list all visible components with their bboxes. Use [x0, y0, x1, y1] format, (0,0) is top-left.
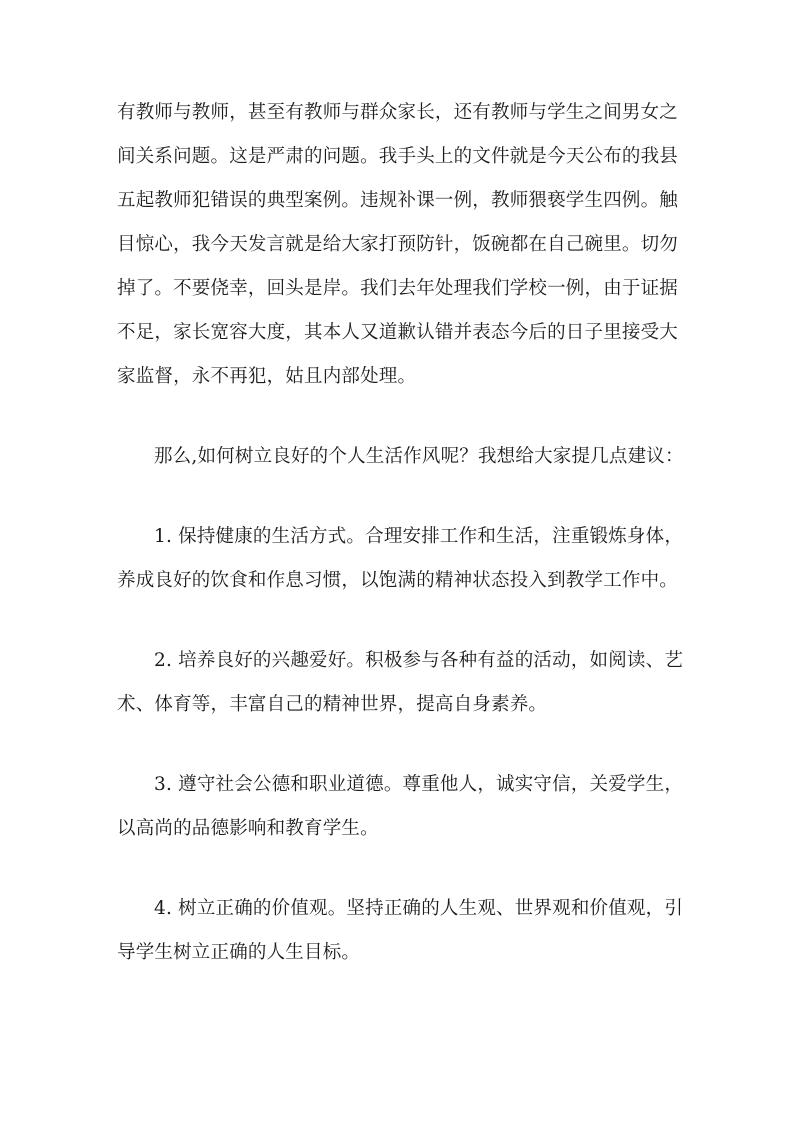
text-line: 五起教师犯错误的典型案例。违规补课一例，教师猥亵学生四例。触: [117, 189, 678, 213]
text-line: 不足，家长宽容大度，其本人又道歉认错并表态今后的日子里接受大: [117, 321, 678, 345]
text-line: 以高尚的品德影响和教育学生。: [117, 817, 379, 841]
text-line: 掉了。不要侥幸，回头是岸。我们去年处理我们学校一例，由于证据: [117, 277, 678, 301]
text-line: 术、体育等，丰富自己的精神世界，提高自身素养。: [117, 693, 547, 717]
text-line: 目惊心，我今天发言就是给大家打预防针，饭碗都在自己碗里。切勿: [117, 233, 678, 257]
text-line: 导学生树立正确的人生目标。: [117, 941, 360, 965]
text-line: 间关系问题。这是严肃的问题。我手头上的文件就是今天公布的我县: [117, 145, 678, 169]
text-line: 1. 保持健康的生活方式。合理安排工作和生活，注重锻炼身体，: [154, 525, 683, 549]
text-line: 有教师与教师，甚至有教师与群众家长，还有教师与学生之间男女之: [117, 101, 678, 125]
text-line: 养成良好的饮食和作息习惯，以饱满的精神状态投入到教学工作中。: [117, 569, 678, 593]
text-line: 那么,如何树立良好的个人生活作风呢？我想给大家提几点建议：: [154, 445, 684, 469]
text-line: 家监督，永不再犯，姑且内部处理。: [117, 365, 416, 389]
text-line: 2. 培养良好的兴趣爱好。积极参与各种有益的活动，如阅读、艺: [154, 649, 683, 673]
text-line: 4. 树立正确的价值观。坚持正确的人生观、世界观和价值观，引: [154, 897, 683, 921]
text-line: 3. 遵守社会公德和职业道德。尊重他人，诚实守信，关爱学生，: [154, 773, 683, 797]
